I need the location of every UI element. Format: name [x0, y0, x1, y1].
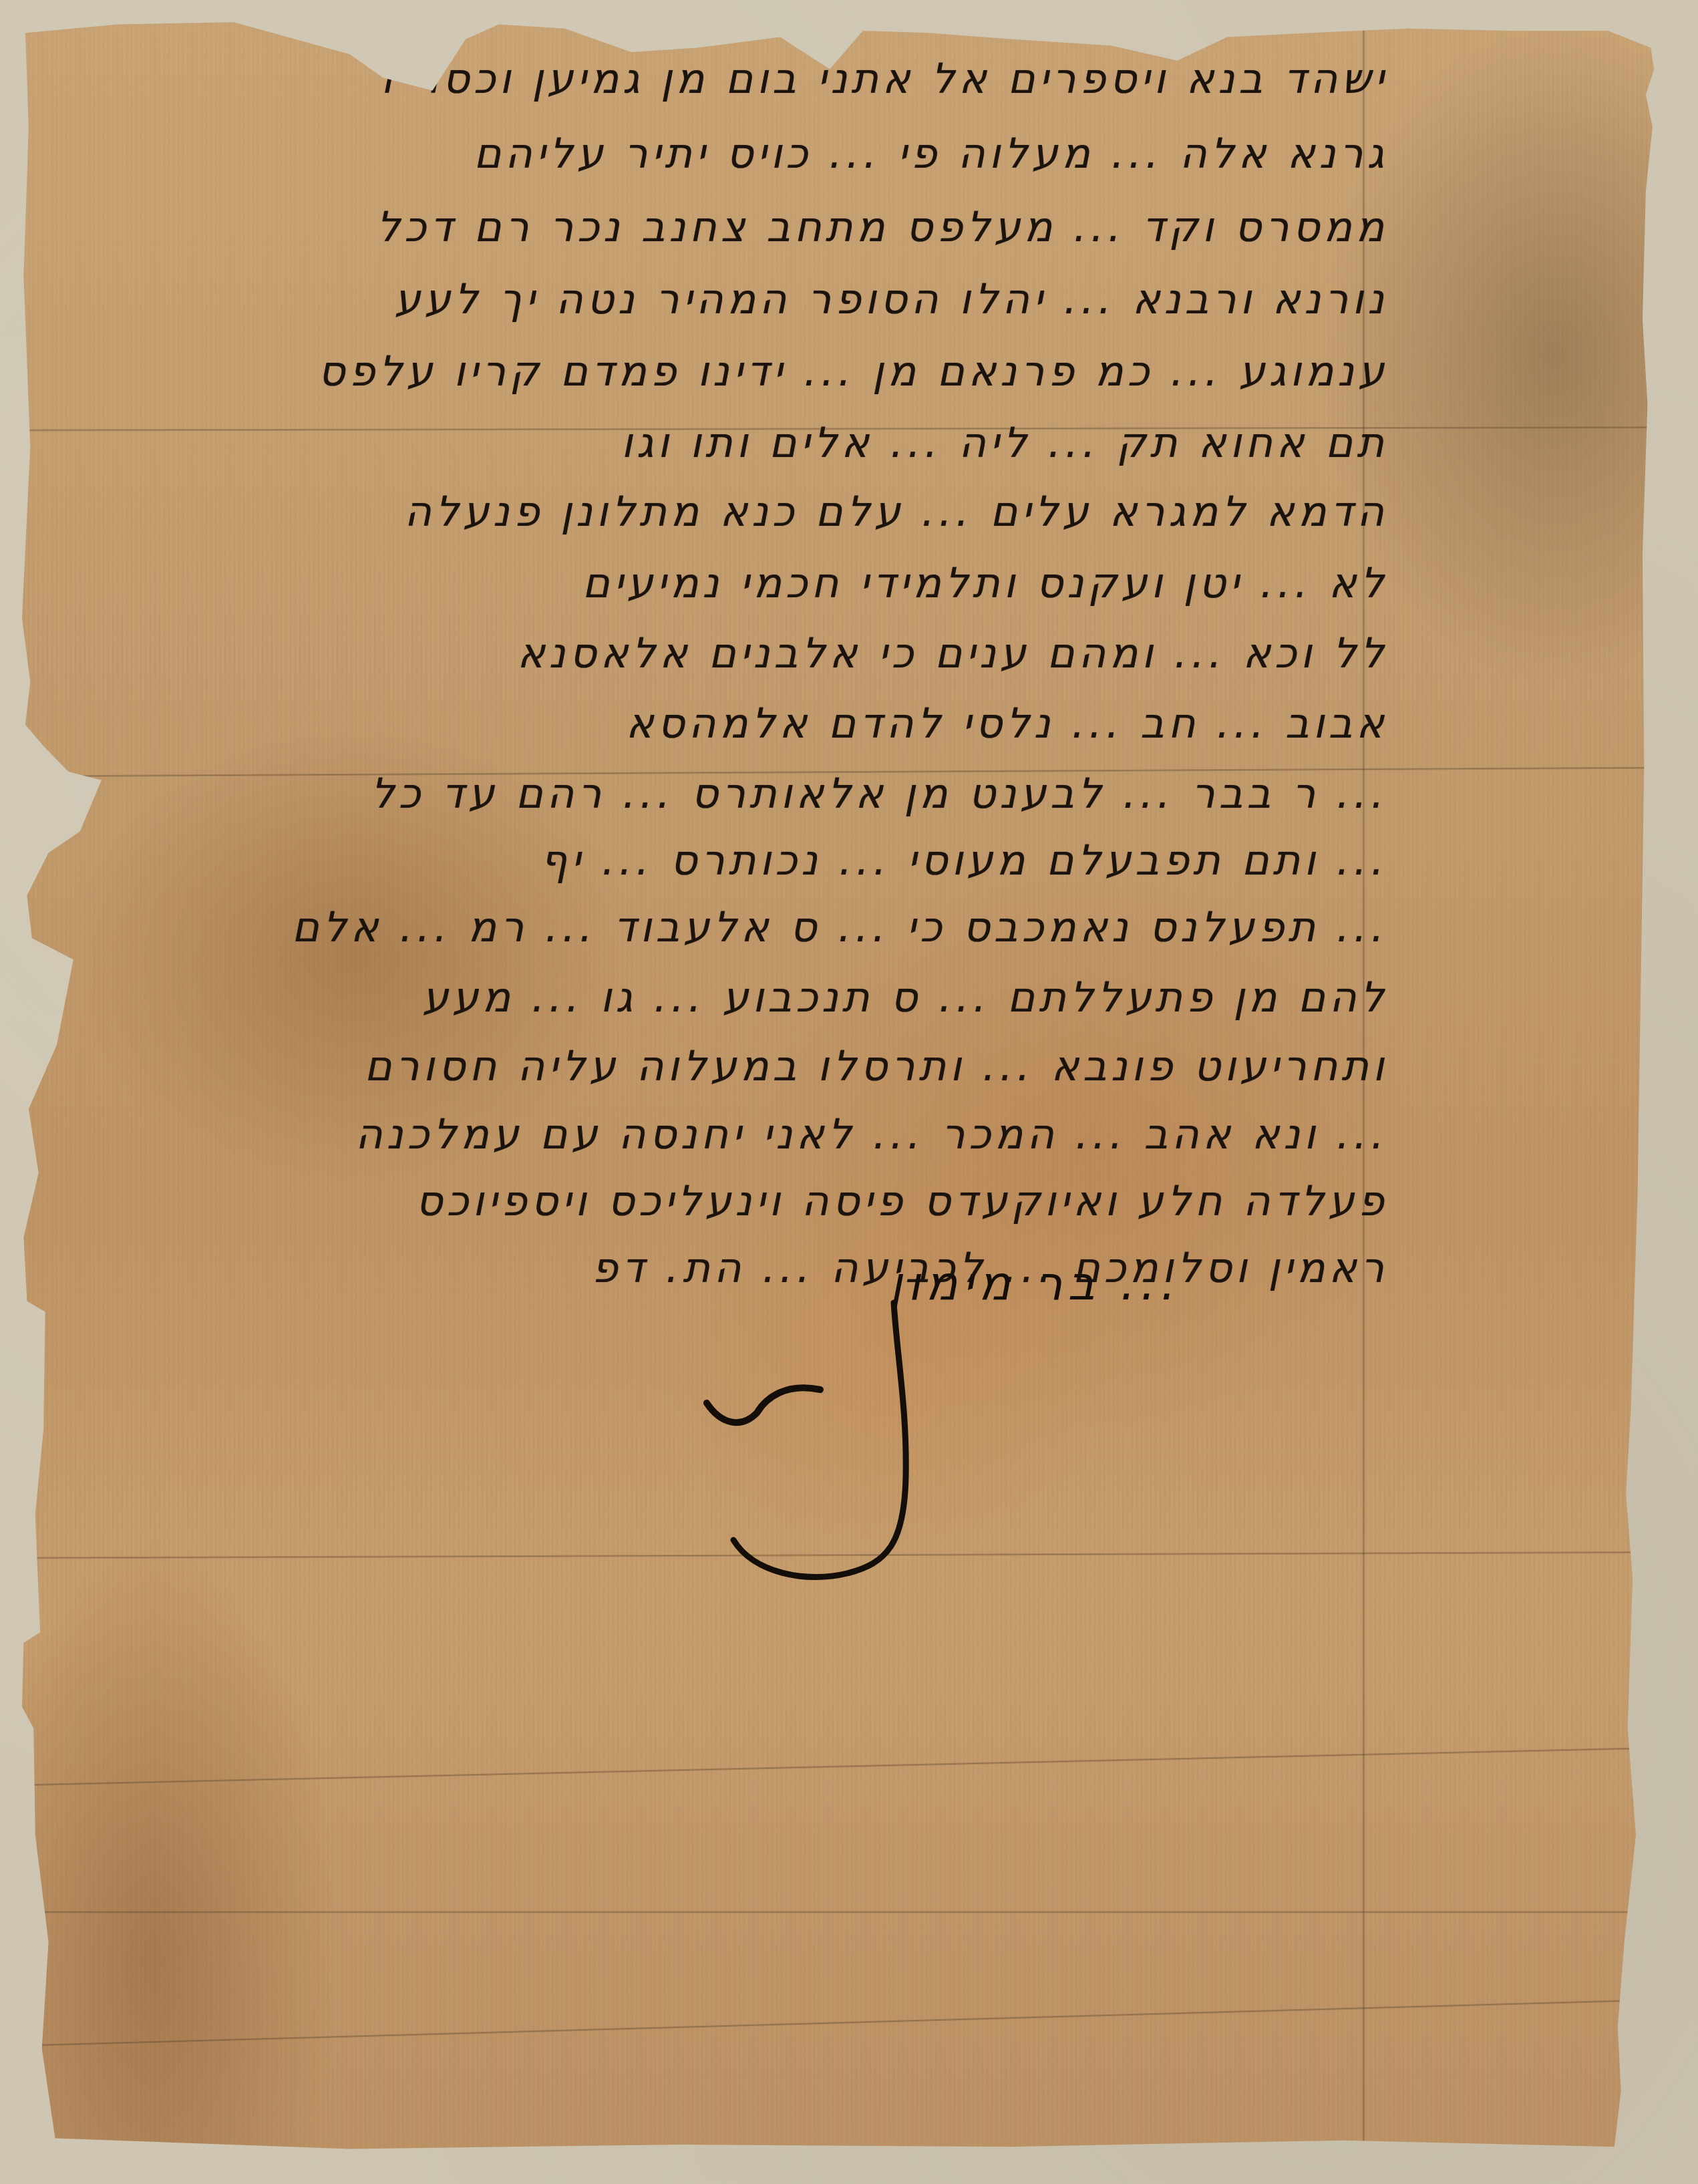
text-line-12: ... ותם תפבעלם מעוסי ... נכותרס ... יף — [86, 828, 1388, 893]
text-line-1: ישהד בנא ויספרים אל אתני בום מן גמיען וכ… — [55, 47, 1388, 111]
text-line-2: גרנא אלה ... מעלוה פי ... כויס יתיר עליה… — [59, 122, 1388, 186]
text-line-9: לל וכא ... ומהם ענים כי אלבנים אלאסנא — [52, 621, 1388, 685]
fold-crease — [19, 1911, 1674, 1913]
text-line-7: הדמא למגרא עלים ... עלם כנא מתלונן פנעלה — [59, 480, 1388, 544]
text-line-6: תם אחוא תק ... ליה ... אלים ותו וגו — [52, 411, 1388, 475]
manuscript-fragment: ישהד בנא ויספרים אל אתני בום מן גמיען וכ… — [19, 20, 1674, 2155]
text-line-14: להם מן פתעללתם ... ס תנכבוע ... גו ... מ… — [99, 965, 1388, 1030]
text-line-15: ותחריעוט פונבא ... ותרסלו במעלוה עליה חס… — [86, 1034, 1388, 1098]
text-line-4: נורנא ורבנא ... יהלו הסופר המהיר נטה יך … — [65, 267, 1388, 331]
text-line-17: פעלדה חלע ואיוקעדס פיסה וינעליכס ויספיוכ… — [226, 1169, 1388, 1233]
signature-flourish — [693, 1276, 974, 1690]
text-line-5: ענמוגע ... כמ פרנאם מן ... ידינו פמדם קר… — [59, 339, 1388, 404]
text-line-10: אבוב ... חב ... נלסי להדם אלמהסא — [99, 691, 1388, 756]
text-line-16: ... ונא אהב ... המכר ... לאני יחנסה עם ע… — [59, 1102, 1388, 1166]
text-line-13: ... תפעלנס נאמכבס כי ... ס אלעבוד ... רמ… — [79, 895, 1388, 959]
text-line-3: ממסרס וקד ... מעלפס מתחב צחנב נכר רם דכל — [59, 195, 1388, 259]
text-line-11: ... ר בבר ... לבענט מן אלאותרס ... רהם ע… — [59, 762, 1388, 826]
text-line-8: לא ... יטן ועקנס ותלמידי חכמי נמיעים — [52, 551, 1388, 615]
